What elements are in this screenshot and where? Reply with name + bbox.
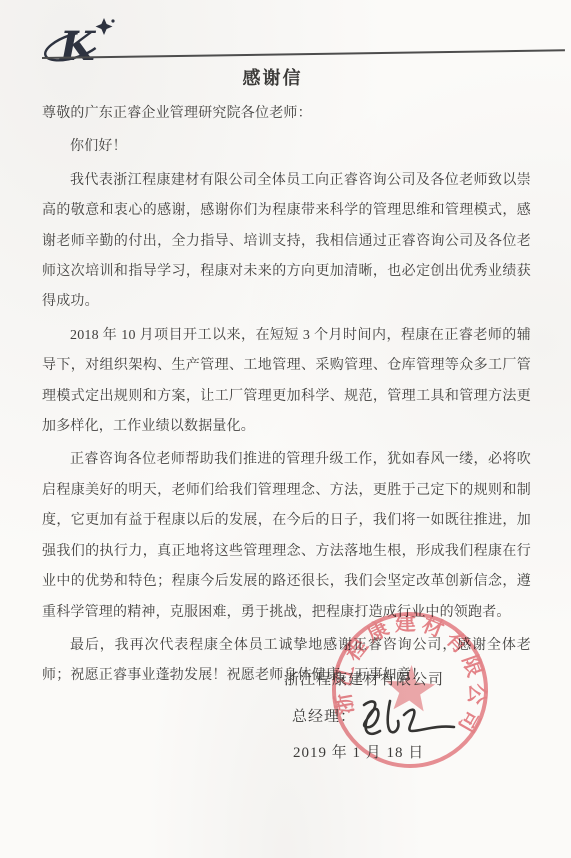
- letter-title: 感谢信: [0, 64, 545, 90]
- signer-label: 总经理：: [292, 709, 356, 725]
- paragraph-3: 正睿咨询各位老师帮助我们推进的管理升级工作，犹如春风一缕，必将吹启程康美好的明天…: [42, 445, 531, 627]
- paragraph-2: 2018 年 10 月项目开工以来，在短短 3 个月时间内，程康在正睿老师的辅导…: [42, 321, 531, 443]
- signature-scrawl: [350, 691, 462, 747]
- signer-row: 总经理：: [292, 705, 544, 726]
- paragraph-1: 我代表浙江程康建材有限公司全体员工向正睿咨询公司及各位老师致以崇高的敬意和衷心的…: [42, 166, 531, 318]
- company-logo: K: [36, 16, 128, 68]
- sparkle-dot-icon: [111, 19, 114, 22]
- scanned-letter-page: K 感谢信 尊敬的广东正睿企业管理研究院各位老师： 你们好！ 我代表浙江程康建材…: [0, 0, 571, 858]
- closing-block: 浙江程康建材有限公司 总经理： 2019 年 1 月 18 日: [284, 668, 544, 762]
- closing-company: 浙江程康建材有限公司: [284, 668, 544, 689]
- letter-body: 尊敬的广东正睿企业管理研究院各位老师： 你们好！ 我代表浙江程康建材有限公司全体…: [42, 99, 531, 695]
- logo-letter: K: [59, 23, 97, 68]
- greeting: 你们好！: [42, 132, 531, 162]
- sparkle-icon: [96, 18, 113, 35]
- salutation: 尊敬的广东正睿企业管理研究院各位老师：: [42, 99, 531, 129]
